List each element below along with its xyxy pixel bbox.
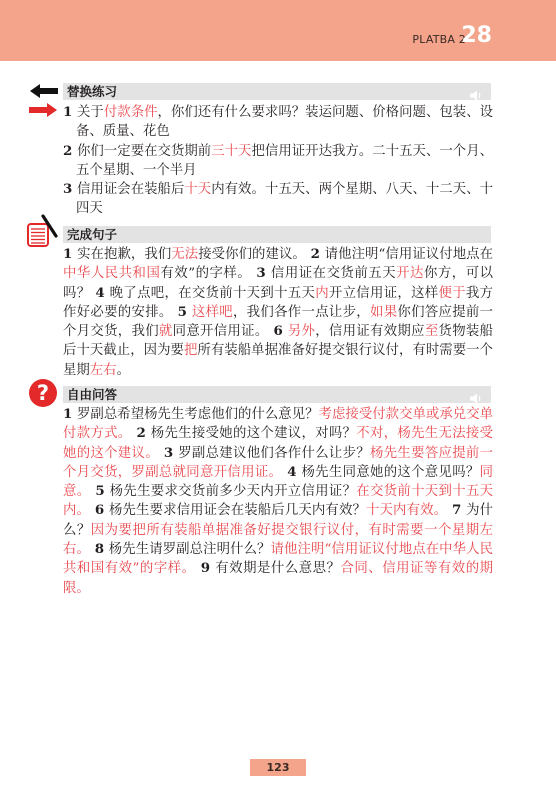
body-text: 罗副总建议他们各作什么让步？ (178, 446, 370, 461)
highlight-text: 无法 (171, 247, 198, 262)
body-text: 同意开信用证。 (173, 324, 269, 339)
page-number: 123 (250, 759, 306, 776)
body-text: 有效”的字样。 (160, 266, 251, 281)
item-number: 6 (269, 323, 288, 339)
body-text: 杨先生接受她的这个建议，对吗？ (151, 426, 357, 441)
arrow-right-icon[interactable] (29, 102, 57, 116)
body-text: ，我们各作一点让步， (233, 305, 370, 320)
body-text: 实在抱歉，我们 (77, 247, 171, 262)
item-number: 3 (251, 265, 271, 281)
body-text: 你们一定要在交货期前 (77, 144, 211, 159)
item-number: 5 (90, 483, 109, 499)
complete-sentences-paragraph: 1 实在抱歉，我们无法接受你们的建议。 2 请他注明“信用证议付地点在中华人民共… (63, 245, 493, 380)
highlight-text: 把 (184, 343, 197, 358)
highlight-text: 至 (425, 324, 439, 339)
item-number: 8 (90, 541, 109, 557)
body-text: 杨先生要求交货前多少天内开立信用证？ (110, 484, 357, 499)
highlight-text: 十天内有效。 (366, 503, 447, 518)
paragraph: 1 罗副总希望杨先生考虑他们的什么意见？考虑接受付款交单或承兑交单付款方式。 2… (63, 405, 493, 598)
paragraph: 1 实在抱歉，我们无法接受你们的建议。 2 请他注明“信用证议付地点在中华人民共… (63, 245, 493, 380)
body-text: 信用证会在装船后 (77, 182, 184, 197)
highlight-text: 这样吧 (192, 305, 233, 320)
body-text: 杨先生请罗副总注明什么？ (109, 542, 271, 557)
item-number: 9 (196, 560, 216, 576)
highlight-text: 内 (315, 286, 329, 301)
body-text: ，信用证有效期应 (315, 324, 425, 339)
highlight-text: 另外 (288, 324, 315, 339)
body-text: 有效期是什么意思？ (215, 561, 340, 576)
item-number: 1 (63, 104, 77, 120)
item-number: 7 (447, 502, 466, 518)
item-number: 6 (90, 502, 109, 518)
arrow-left-icon[interactable] (30, 83, 58, 97)
body-text: 晚了点吧，在交货前十天到十五天 (110, 286, 316, 301)
question-mark-icon: ? (28, 378, 58, 408)
highlight-text: 三十天 (211, 144, 251, 159)
item-number: 1 (63, 406, 77, 422)
item-number: 2 (63, 143, 77, 159)
item-number: 3 (159, 445, 178, 461)
item-number: 2 (306, 246, 325, 262)
body-text: 接受你们的建议。 (198, 247, 306, 262)
body-text: 信用证在交货前五天 (271, 266, 396, 281)
body-text: 关于 (77, 105, 104, 120)
item-number: 1 (63, 246, 77, 262)
qa-paragraph: 1 罗副总希望杨先生考虑他们的什么意见？考虑接受付款交单或承兑交单付款方式。 2… (63, 405, 493, 598)
speaker-icon[interactable] (469, 86, 483, 97)
highlight-text: 如果 (370, 305, 397, 320)
section-title-qa: 自由问答 (67, 386, 117, 403)
body-text: 罗副总希望杨先生考虑他们的什么意见？ (77, 407, 319, 422)
item-number: 4 (282, 464, 301, 480)
item-number: 5 (173, 304, 192, 320)
body-text: 杨先生同意她的这个意见吗？ (301, 465, 479, 480)
item-number: 4 (90, 285, 109, 301)
section-title-substitution: 替换练习 (67, 83, 117, 100)
body-text: 请他注明“信用证议付地点在 (325, 247, 493, 262)
highlight-text: 十天 (184, 182, 211, 197)
highlight-text: 就 (159, 324, 173, 339)
body-text: 开立信用证，这样 (329, 286, 439, 301)
body-text: 杨先生要求信用证会在装船后几天内有效？ (109, 503, 366, 518)
substitution-item: 2 你们一定要在交货期前三十天把信用证开达我方。二十五天、一个月、五个星期、一个… (63, 142, 493, 181)
section-bar-substitution: 替换练习 (63, 83, 491, 100)
section-bar-qa: 自由问答 (63, 386, 491, 403)
page-header: PLATBA 2 28 (0, 0, 556, 61)
section-bar-complete: 完成句子 (63, 226, 491, 243)
highlight-text: 中华人民共和国 (63, 266, 160, 281)
item-number: 2 (132, 425, 151, 441)
highlight-text: 付款条件 (104, 105, 158, 120)
section-title-complete: 完成句子 (67, 226, 117, 243)
substitution-item: 3 信用证会在装船后十天内有效。十五天、两个星期、八天、十二天、十四天 (63, 180, 493, 219)
lesson-label: PLATBA 2 (412, 33, 466, 46)
notepad-pen-icon (26, 214, 60, 248)
substitution-item: 1 关于付款条件，你们还有什么要求吗？装运问题、价格问题、包装、设备、质量、花色 (63, 103, 493, 142)
body-text: 。 (117, 363, 130, 378)
item-number: 3 (63, 181, 77, 197)
substitution-list: 1 关于付款条件，你们还有什么要求吗？装运问题、价格问题、包装、设备、质量、花色… (63, 103, 493, 219)
svg-text:?: ? (37, 381, 49, 405)
lesson-number: 28 (461, 23, 492, 48)
highlight-text: 便于 (439, 286, 466, 301)
highlight-text: 开达 (396, 266, 424, 281)
speaker-icon[interactable] (469, 389, 483, 400)
highlight-text: 左右 (90, 363, 117, 378)
